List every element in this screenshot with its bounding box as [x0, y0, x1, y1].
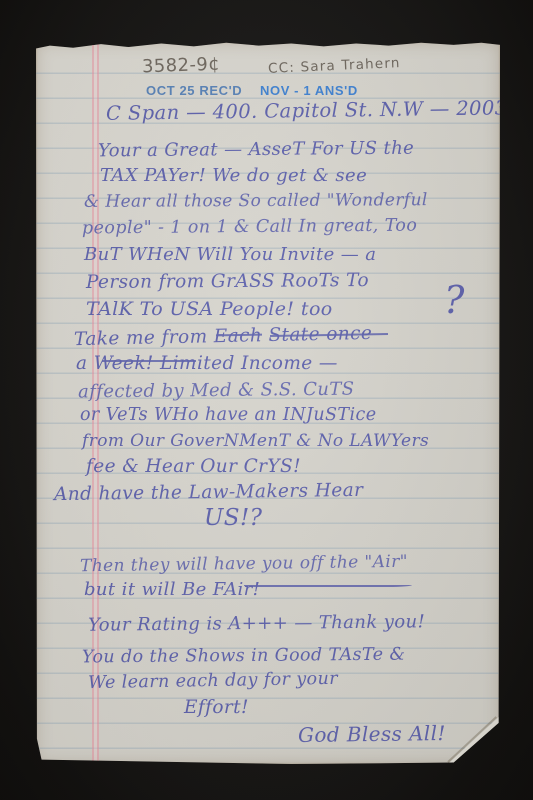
photo-vignette	[0, 0, 533, 800]
photo-background: 3582-9¢ CC: Sara Trahern OCT 25 REC'D NO…	[0, 0, 533, 800]
